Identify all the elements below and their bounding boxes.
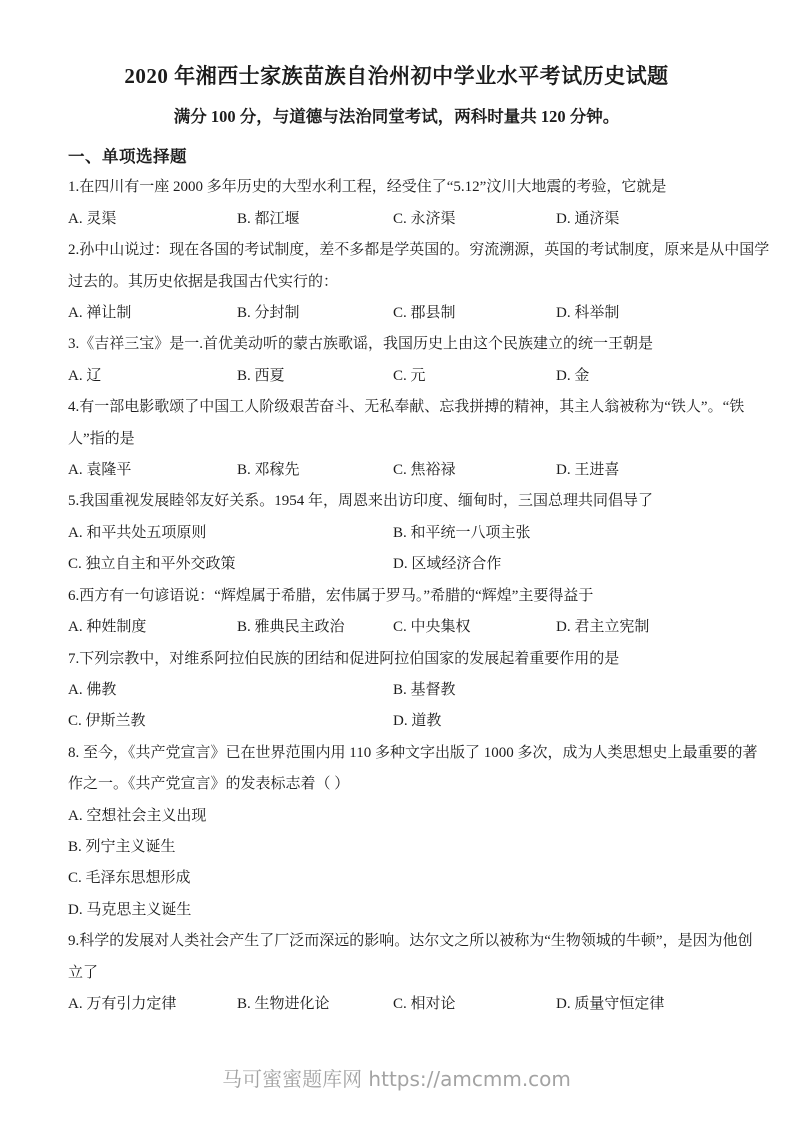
question-3: 3.《吉祥三宝》是一.首优美动听的蒙古族歌谣，我国历史上由这个民族建立的统一王朝… [68,329,733,392]
exam-title: 2020 年湘西士家族苗族自治州初中学业水平考试历史试题 [0,0,793,91]
question-8-stem-line-1: 8. 至今，《共产党宣言》已在世界范围内用 110 多种文字出版了 1000 多… [68,738,733,769]
question-8-stem-line-2: 作之一。《共产党宣言》的发表标志着（ ） [68,769,733,800]
question-4-stem-line-1: 4.有一部电影歌颂了中国工人阶级艰苦奋斗、无私奉献、忘我拼搏的精神，其主人翁被称… [68,392,733,423]
question-6-options: A. 种姓制度 B. 雅典民主政治 C. 中央集权 D. 君主立宪制 [68,612,733,643]
question-4-option-c: C. 焦裕禄 [393,455,556,486]
question-3-stem: 3.《吉祥三宝》是一.首优美动听的蒙古族歌谣，我国历史上由这个民族建立的统一王朝… [68,329,733,360]
question-4-stem-line-2: 人”指的是 [68,424,733,455]
question-2-stem-line-1: 2.孙中山说过：现在各国的考试制度，差不多都是学英国的。穷流溯源，英国的考试制度… [68,235,733,266]
question-5-stem: 5.我国重视发展睦邻友好关系。1954 年，周恩来出访印度、缅甸时，三国总理共同… [68,486,733,517]
question-1-option-b: B. 都江堰 [237,204,393,235]
question-3-option-b: B. 西夏 [237,361,393,392]
question-8-option-c: C. 毛泽东思想形成 [68,863,733,894]
question-2-option-b: B. 分封制 [237,298,393,329]
question-2-option-d: D. 科举制 [556,298,733,329]
question-1-option-a: A. 灵渠 [68,204,237,235]
question-9-option-c: C. 相对论 [393,989,556,1020]
question-7: 7.下列宗教中，对维系阿拉伯民族的团结和促进阿拉伯国家的发展起着重要作用的是 A… [68,644,733,738]
question-7-option-c: C. 伊斯兰教 [68,706,393,737]
question-9-option-d: D. 质量守恒定律 [556,989,733,1020]
section-heading: 一、单项选择题 [68,141,733,172]
question-6-option-b: B. 雅典民主政治 [237,612,393,643]
question-5-option-a: A. 和平共处五项原则 [68,518,393,549]
question-1-stem: 1.在四川有一座 2000 多年历史的大型水利工程，经受住了“5.12”汶川大地… [68,172,733,203]
question-9-stem-line-1: 9.科学的发展对人类社会产生了厂泛而深远的影响。达尔文之所以被称为“生物领城的牛… [68,926,733,957]
question-5-option-c: C. 独立自主和平外交政策 [68,549,393,580]
question-8-option-a: A. 空想社会主义出现 [68,801,733,832]
question-7-option-a: A. 佛教 [68,675,393,706]
question-9-options: A. 万有引力定律 B. 生物进化论 C. 相对论 D. 质量守恒定律 [68,989,733,1020]
question-4-option-b: B. 邓稼先 [237,455,393,486]
question-4-option-a: A. 袁隆平 [68,455,237,486]
question-2-options: A. 禅让制 B. 分封制 C. 郡县制 D. 科举制 [68,298,733,329]
question-7-options-row-2: C. 伊斯兰教 D. 道教 [68,706,733,737]
question-2-option-a: A. 禅让制 [68,298,237,329]
question-6: 6.西方有一句谚语说：“辉煌属于希腊，宏伟属于罗马。”希腊的“辉煌”主要得益于 … [68,581,733,644]
question-4-options: A. 袁隆平 B. 邓稼先 C. 焦裕禄 D. 王进喜 [68,455,733,486]
question-7-option-d: D. 道教 [393,706,733,737]
question-7-options-row-1: A. 佛教 B. 基督教 [68,675,733,706]
question-2-option-c: C. 郡县制 [393,298,556,329]
question-4-option-d: D. 王进喜 [556,455,733,486]
question-5-option-b: B. 和平统一八项主张 [393,518,733,549]
question-5-option-d: D. 区域经济合作 [393,549,733,580]
question-2: 2.孙中山说过：现在各国的考试制度，差不多都是学英国的。穷流溯源，英国的考试制度… [68,235,733,329]
question-6-stem: 6.西方有一句谚语说：“辉煌属于希腊，宏伟属于罗马。”希腊的“辉煌”主要得益于 [68,581,733,612]
question-8-option-b: B. 列宁主义诞生 [68,832,733,863]
question-3-option-c: C. 元 [393,361,556,392]
question-6-option-d: D. 君主立宪制 [556,612,733,643]
watermark-footer: 马可蜜蜜题库网 https://amcmm.com [0,1066,793,1092]
question-4: 4.有一部电影歌颂了中国工人阶级艰苦奋斗、无私奉献、忘我拼搏的精神，其主人翁被称… [68,392,733,486]
question-6-option-c: C. 中央集权 [393,612,556,643]
question-3-option-a: A. 辽 [68,361,237,392]
question-5-options-row-2: C. 独立自主和平外交政策 D. 区域经济合作 [68,549,733,580]
question-9-stem-line-2: 立了 [68,958,733,989]
question-8: 8. 至今，《共产党宣言》已在世界范围内用 110 多种文字出版了 1000 多… [68,738,733,926]
question-9-option-a: A. 万有引力定律 [68,989,237,1020]
question-5: 5.我国重视发展睦邻友好关系。1954 年，周恩来出访印度、缅甸时，三国总理共同… [68,486,733,580]
exam-body: 一、单项选择题 1.在四川有一座 2000 多年历史的大型水利工程，经受住了“5… [68,141,733,1020]
exam-document: 2020 年湘西士家族苗族自治州初中学业水平考试历史试题 满分 100 分，与道… [0,0,793,1122]
question-7-stem: 7.下列宗教中，对维系阿拉伯民族的团结和促进阿拉伯国家的发展起着重要作用的是 [68,644,733,675]
question-9-option-b: B. 生物进化论 [237,989,393,1020]
question-1: 1.在四川有一座 2000 多年历史的大型水利工程，经受住了“5.12”汶川大地… [68,172,733,235]
question-1-option-d: D. 通济渠 [556,204,733,235]
question-2-stem-line-2: 过去的。其历史依据是我国古代实行的： [68,267,733,298]
question-1-options: A. 灵渠 B. 都江堰 C. 永济渠 D. 通济渠 [68,204,733,235]
question-9: 9.科学的发展对人类社会产生了厂泛而深远的影响。达尔文之所以被称为“生物领城的牛… [68,926,733,1020]
question-1-option-c: C. 永济渠 [393,204,556,235]
question-6-option-a: A. 种姓制度 [68,612,237,643]
exam-subtitle: 满分 100 分，与道德与法治同堂考试，两科时量共 120 分钟。 [0,105,793,128]
question-7-option-b: B. 基督教 [393,675,733,706]
question-3-options: A. 辽 B. 西夏 C. 元 D. 金 [68,361,733,392]
question-8-option-d: D. 马克思主义诞生 [68,895,733,926]
question-3-option-d: D. 金 [556,361,733,392]
question-5-options-row-1: A. 和平共处五项原则 B. 和平统一八项主张 [68,518,733,549]
